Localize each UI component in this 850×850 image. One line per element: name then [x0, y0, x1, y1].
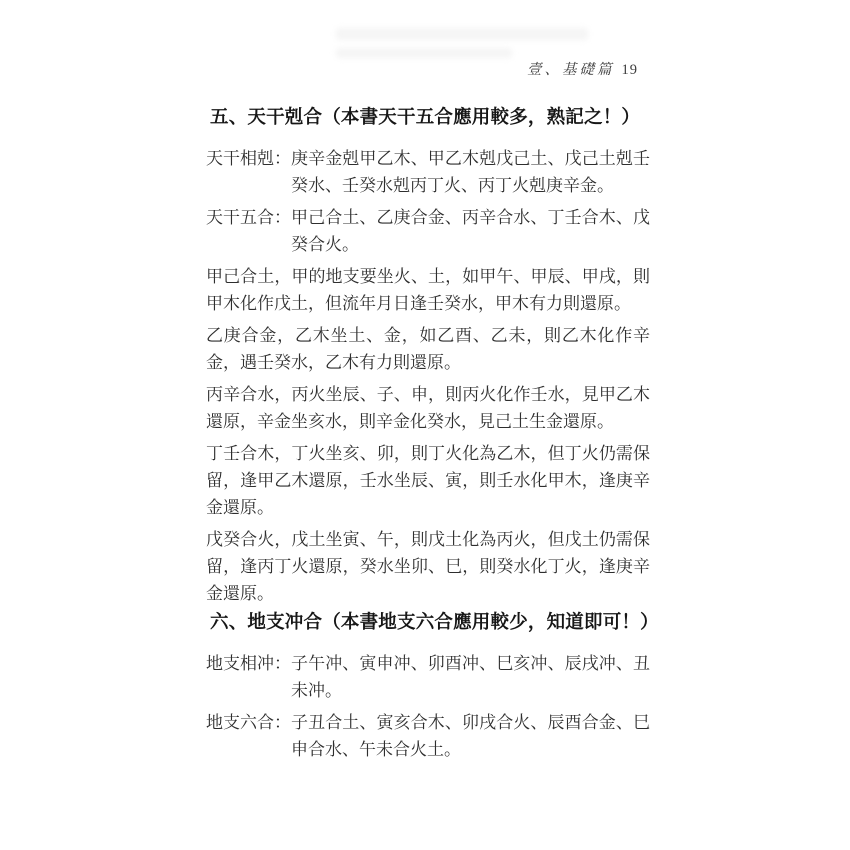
para-wugui-hehuo: 戊癸合火，戊土坐寅、午，則戊土化為丙火，但戊土仍需保留，逢丙丁火還原，癸水坐卯、…: [206, 526, 650, 607]
heading-dizhi-chonghe: 六、地支冲合（本書地支六合應用較少，知道即可！）: [210, 612, 650, 634]
entry-tiangan-wuhe: 天干五合： 甲己合土、乙庚合金、丙辛合水、丁壬合木、戊癸合火。: [206, 204, 650, 258]
para-bingxin-heshui: 丙辛合水，丙火坐辰、子、申，則丙火化作壬水，見甲乙木還原，辛金坐亥水，則辛金化癸…: [206, 381, 650, 435]
book-page: 壹、基礎篇19 五、天干剋合（本書天干五合應用較多，熟記之！） 天干相剋： 庚辛…: [0, 0, 850, 850]
entry-tiangan-xiangke: 天干相剋： 庚辛金剋甲乙木、甲乙木剋戊己土、戊己土剋壬癸水、壬癸水剋丙丁火、丙丁…: [206, 145, 650, 199]
running-header: 壹、基礎篇19: [0, 60, 638, 80]
entry-text: 甲己合土、乙庚合金、丙辛合水、丁壬合木、戊癸合火。: [291, 204, 650, 258]
entry-label: 地支六合：: [206, 709, 291, 763]
para-yigeng-hejin: 乙庚合金，乙木坐土、金，如乙酉、乙未，則乙木化作辛金，遇壬癸水，乙木有力則還原。: [206, 322, 650, 376]
bleedthrough-artifact: [336, 48, 512, 58]
entry-label: 天干相剋：: [206, 145, 291, 199]
para-dingren-hemu: 丁壬合木，丁火坐亥、卯，則丁火化為乙木，但丁火仍需保留，逢甲乙木還原，壬水坐辰、…: [206, 440, 650, 521]
para-jiaji-hetu: 甲己合土，甲的地支要坐火、土，如甲午、甲辰、甲戌，則甲木化作戊土，但流年月日逢壬…: [206, 263, 650, 317]
page-number: 19: [622, 62, 639, 78]
page-content: 五、天干剋合（本書天干五合應用較多，熟記之！） 天干相剋： 庚辛金剋甲乙木、甲乙…: [206, 107, 650, 768]
entry-label: 地支相冲：: [206, 650, 291, 704]
entry-text: 庚辛金剋甲乙木、甲乙木剋戊己土、戊己土剋壬癸水、壬癸水剋丙丁火、丙丁火剋庚辛金。: [291, 145, 650, 199]
entry-text: 子午冲、寅申冲、卯酉冲、巳亥冲、辰戌冲、丑未冲。: [291, 650, 650, 704]
bleedthrough-artifact: [336, 28, 588, 40]
entry-dizhi-xiangchong: 地支相冲： 子午冲、寅申冲、卯酉冲、巳亥冲、辰戌冲、丑未冲。: [206, 650, 650, 704]
entry-text: 子丑合土、寅亥合木、卯戌合火、辰酉合金、巳申合水、午未合火土。: [291, 709, 650, 763]
chapter-title: 壹、基礎篇: [527, 62, 615, 78]
heading-tiangan-kehe: 五、天干剋合（本書天干五合應用較多，熟記之！）: [210, 107, 650, 129]
entry-dizhi-liuhe: 地支六合： 子丑合土、寅亥合木、卯戌合火、辰酉合金、巳申合水、午未合火土。: [206, 709, 650, 763]
entry-label: 天干五合：: [206, 204, 291, 258]
